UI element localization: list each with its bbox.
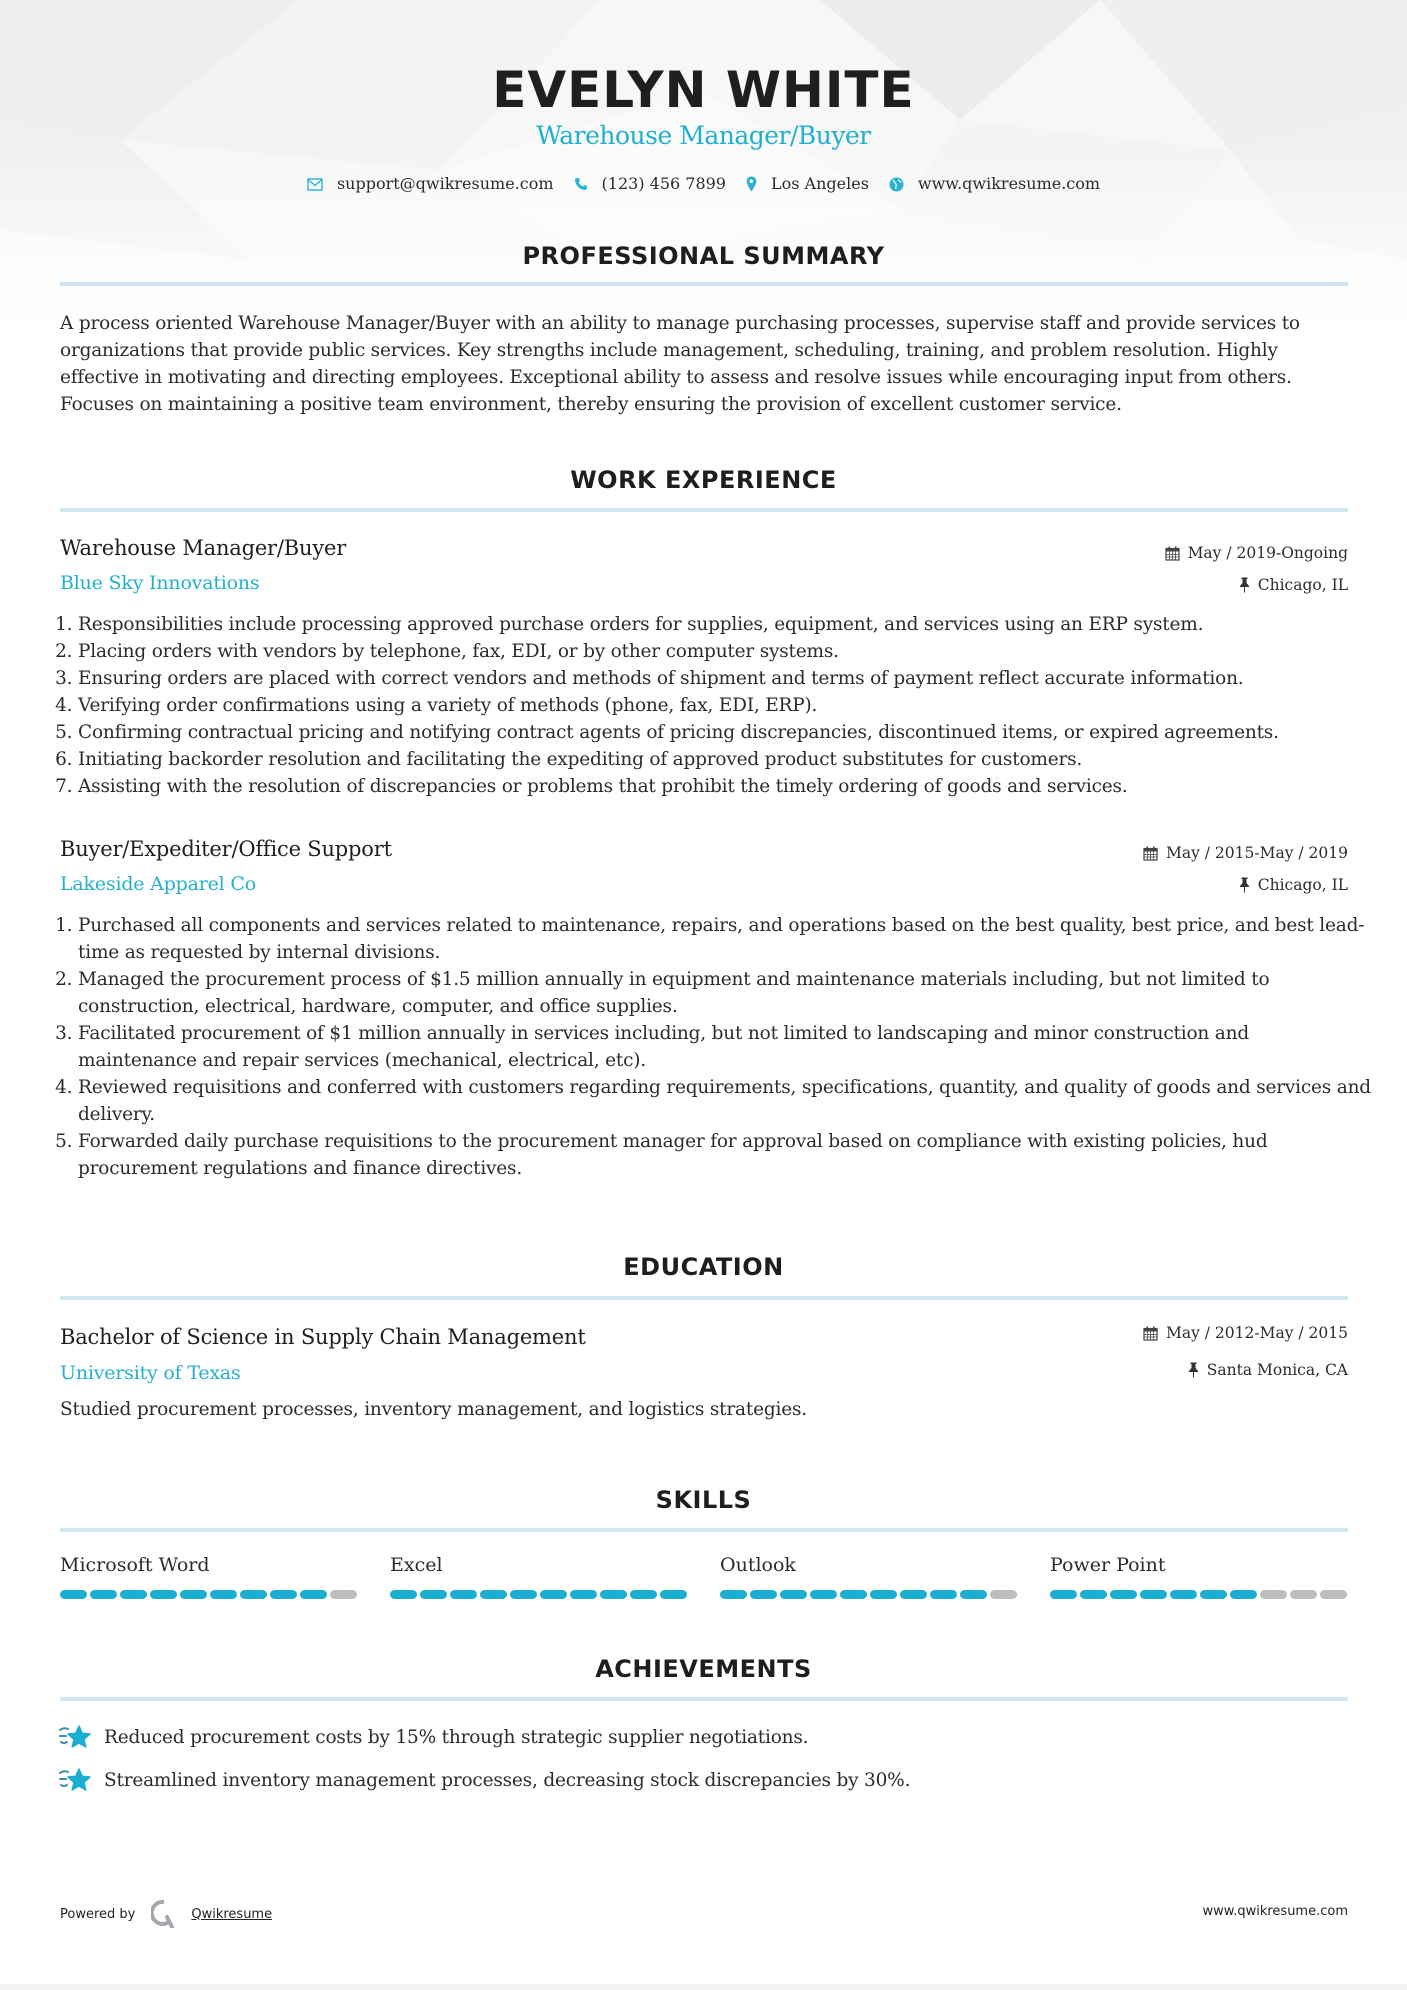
skills-list: Microsoft WordExcelOutlookPower Point bbox=[60, 1552, 1350, 1599]
job-responsibilities: Responsibilities include processing appr… bbox=[60, 611, 1373, 800]
degree-title: Bachelor of Science in Supply Chain Mana… bbox=[60, 1323, 586, 1351]
skill-level-segment bbox=[90, 1590, 117, 1599]
skill-level-segment bbox=[600, 1590, 627, 1599]
skill-level-segment bbox=[720, 1590, 747, 1599]
responsibility-item: Facilitated procurement of $1 million an… bbox=[78, 1020, 1373, 1074]
skill-level-segment bbox=[60, 1590, 87, 1599]
section-divider bbox=[60, 282, 1348, 286]
job-location: Chicago, IL bbox=[1239, 574, 1348, 596]
calendar-icon bbox=[1143, 846, 1158, 861]
responsibility-item: Initiating backorder resolution and faci… bbox=[78, 746, 1373, 773]
skill-level-segment bbox=[1110, 1590, 1137, 1599]
footer-website[interactable]: www.qwikresume.com bbox=[1203, 1904, 1349, 1919]
skill-level-segment bbox=[1290, 1590, 1317, 1599]
location-text: Los Angeles bbox=[771, 172, 869, 196]
skill-level-segment bbox=[1260, 1590, 1287, 1599]
website-text: www.qwikresume.com bbox=[918, 172, 1100, 196]
responsibility-item: Ensuring orders are placed with correct … bbox=[78, 665, 1373, 692]
job-responsibilities: Purchased all components and services re… bbox=[60, 912, 1373, 1182]
skill-level-segment bbox=[750, 1590, 777, 1599]
section-divider bbox=[60, 1296, 1348, 1300]
skill-name: Power Point bbox=[1050, 1552, 1350, 1578]
achievement-item: Streamlined inventory management process… bbox=[58, 1767, 910, 1795]
education-dates: May / 2012-May / 2015 bbox=[1143, 1322, 1348, 1344]
skill-name: Outlook bbox=[720, 1552, 1020, 1578]
candidate-title: Warehouse Manager/Buyer bbox=[0, 120, 1407, 152]
candidate-name: EVELYN WHITE bbox=[0, 58, 1407, 122]
dates-text: May / 2015-May / 2019 bbox=[1166, 842, 1348, 864]
phone-text: (123) 456 7899 bbox=[602, 172, 726, 196]
envelope-icon bbox=[307, 178, 323, 191]
location-text: Santa Monica, CA bbox=[1207, 1359, 1348, 1381]
location-text: Chicago, IL bbox=[1258, 574, 1348, 596]
footer-powered-by: Powered by Qwikresume bbox=[60, 1900, 272, 1928]
star-icon bbox=[58, 1724, 92, 1752]
contact-bar: support@qwikresume.com (123) 456 7899 Lo… bbox=[0, 172, 1407, 196]
skill-name: Microsoft Word bbox=[60, 1552, 360, 1578]
responsibility-item: Reviewed requisitions and conferred with… bbox=[78, 1074, 1373, 1128]
pushpin-icon bbox=[1188, 1362, 1199, 1378]
skill-level-segment bbox=[330, 1590, 357, 1599]
job-dates: May / 2019-Ongoing bbox=[1165, 542, 1348, 564]
dates-text: May / 2012-May / 2015 bbox=[1166, 1322, 1348, 1344]
skill-level-segment bbox=[420, 1590, 447, 1599]
section-divider bbox=[60, 1528, 1348, 1532]
responsibility-item: Verifying order confirmations using a va… bbox=[78, 692, 1373, 719]
skill-level-segment bbox=[570, 1590, 597, 1599]
skill-level-segment bbox=[960, 1590, 987, 1599]
email-text: support@qwikresume.com bbox=[337, 172, 554, 196]
skill-level-segment bbox=[1080, 1590, 1107, 1599]
skill-level-segment bbox=[900, 1590, 927, 1599]
section-title-summary: PROFESSIONAL SUMMARY bbox=[0, 241, 1407, 271]
skill-level-segment bbox=[780, 1590, 807, 1599]
calendar-icon bbox=[1165, 546, 1180, 561]
skill-level-segment bbox=[1320, 1590, 1347, 1599]
skill-level-segment bbox=[870, 1590, 897, 1599]
skill-level-segment bbox=[930, 1590, 957, 1599]
phone-icon bbox=[574, 177, 588, 191]
section-divider bbox=[60, 1697, 1348, 1701]
responsibility-item: Placing orders with vendors by telephone… bbox=[78, 638, 1373, 665]
skill-level-segment bbox=[810, 1590, 837, 1599]
pushpin-icon bbox=[1239, 877, 1250, 893]
star-icon bbox=[58, 1767, 92, 1795]
contact-website[interactable]: www.qwikresume.com bbox=[889, 172, 1100, 196]
skill-level-bar bbox=[1050, 1590, 1350, 1599]
responsibility-item: Forwarded daily purchase requisitions to… bbox=[78, 1128, 1373, 1182]
skill-item: Excel bbox=[390, 1552, 690, 1599]
skill-level-segment bbox=[150, 1590, 177, 1599]
section-divider bbox=[60, 508, 1348, 512]
skill-level-segment bbox=[300, 1590, 327, 1599]
section-title-skills: SKILLS bbox=[0, 1485, 1407, 1515]
map-pin-icon bbox=[746, 176, 757, 192]
contact-location: Los Angeles bbox=[746, 172, 869, 196]
skill-level-segment bbox=[180, 1590, 207, 1599]
skill-level-bar bbox=[720, 1590, 1020, 1599]
job-title: Warehouse Manager/Buyer bbox=[60, 534, 346, 562]
qwikresume-logo-icon bbox=[151, 1900, 177, 1928]
responsibility-item: Responsibilities include processing appr… bbox=[78, 611, 1373, 638]
calendar-icon bbox=[1143, 1326, 1158, 1341]
skill-level-segment bbox=[1050, 1590, 1077, 1599]
skill-level-segment bbox=[480, 1590, 507, 1599]
powered-by-label: Powered by bbox=[60, 1907, 135, 1922]
responsibility-item: Purchased all components and services re… bbox=[78, 912, 1373, 966]
skill-level-segment bbox=[240, 1590, 267, 1599]
section-title-experience: WORK EXPERIENCE bbox=[0, 465, 1407, 495]
company-name: Lakeside Apparel Co bbox=[60, 871, 256, 897]
qwikresume-link[interactable]: Qwikresume bbox=[191, 1907, 272, 1922]
achievement-text: Streamlined inventory management process… bbox=[104, 1768, 910, 1794]
achievement-item: Reduced procurement costs by 15% through… bbox=[58, 1724, 808, 1752]
section-title-education: EDUCATION bbox=[0, 1252, 1407, 1282]
skill-item: Outlook bbox=[720, 1552, 1020, 1599]
summary-text: A process oriented Warehouse Manager/Buy… bbox=[60, 310, 1350, 418]
skill-level-segment bbox=[630, 1590, 657, 1599]
skill-level-segment bbox=[120, 1590, 147, 1599]
globe-icon bbox=[889, 177, 904, 192]
company-name: Blue Sky Innovations bbox=[60, 570, 259, 596]
skill-level-segment bbox=[1140, 1590, 1167, 1599]
skill-level-segment bbox=[840, 1590, 867, 1599]
skill-level-segment bbox=[390, 1590, 417, 1599]
job-dates: May / 2015-May / 2019 bbox=[1143, 842, 1348, 864]
skill-item: Microsoft Word bbox=[60, 1552, 360, 1599]
skill-level-segment bbox=[210, 1590, 237, 1599]
skill-level-segment bbox=[540, 1590, 567, 1599]
responsibility-item: Confirming contractual pricing and notif… bbox=[78, 719, 1373, 746]
contact-email[interactable]: support@qwikresume.com bbox=[307, 172, 554, 196]
skill-level-segment bbox=[270, 1590, 297, 1599]
job-location: Chicago, IL bbox=[1239, 874, 1348, 896]
education-description: Studied procurement processes, inventory… bbox=[60, 1396, 1350, 1423]
dates-text: May / 2019-Ongoing bbox=[1188, 542, 1348, 564]
skill-level-segment bbox=[510, 1590, 537, 1599]
responsibility-item: Assisting with the resolution of discrep… bbox=[78, 773, 1373, 800]
skill-level-segment bbox=[1230, 1590, 1257, 1599]
location-text: Chicago, IL bbox=[1258, 874, 1348, 896]
skill-level-segment bbox=[1200, 1590, 1227, 1599]
resume-page: EVELYN WHITE Warehouse Manager/Buyer sup… bbox=[0, 0, 1407, 1990]
skill-level-segment bbox=[660, 1590, 687, 1599]
skill-item: Power Point bbox=[1050, 1552, 1350, 1599]
contact-phone[interactable]: (123) 456 7899 bbox=[574, 172, 726, 196]
responsibility-item: Managed the procurement process of $1.5 … bbox=[78, 966, 1373, 1020]
skill-level-segment bbox=[1170, 1590, 1197, 1599]
job-title: Buyer/Expediter/Office Support bbox=[60, 835, 392, 863]
skill-level-bar bbox=[60, 1590, 360, 1599]
section-title-achievements: ACHIEVEMENTS bbox=[0, 1654, 1407, 1684]
page-bottom-edge bbox=[0, 1984, 1407, 1990]
skill-level-bar bbox=[390, 1590, 690, 1599]
skill-level-segment bbox=[450, 1590, 477, 1599]
skill-level-segment bbox=[990, 1590, 1017, 1599]
skill-name: Excel bbox=[390, 1552, 690, 1578]
education-location: Santa Monica, CA bbox=[1188, 1359, 1348, 1381]
achievement-text: Reduced procurement costs by 15% through… bbox=[104, 1725, 808, 1751]
pushpin-icon bbox=[1239, 577, 1250, 593]
school-name: University of Texas bbox=[60, 1360, 241, 1386]
